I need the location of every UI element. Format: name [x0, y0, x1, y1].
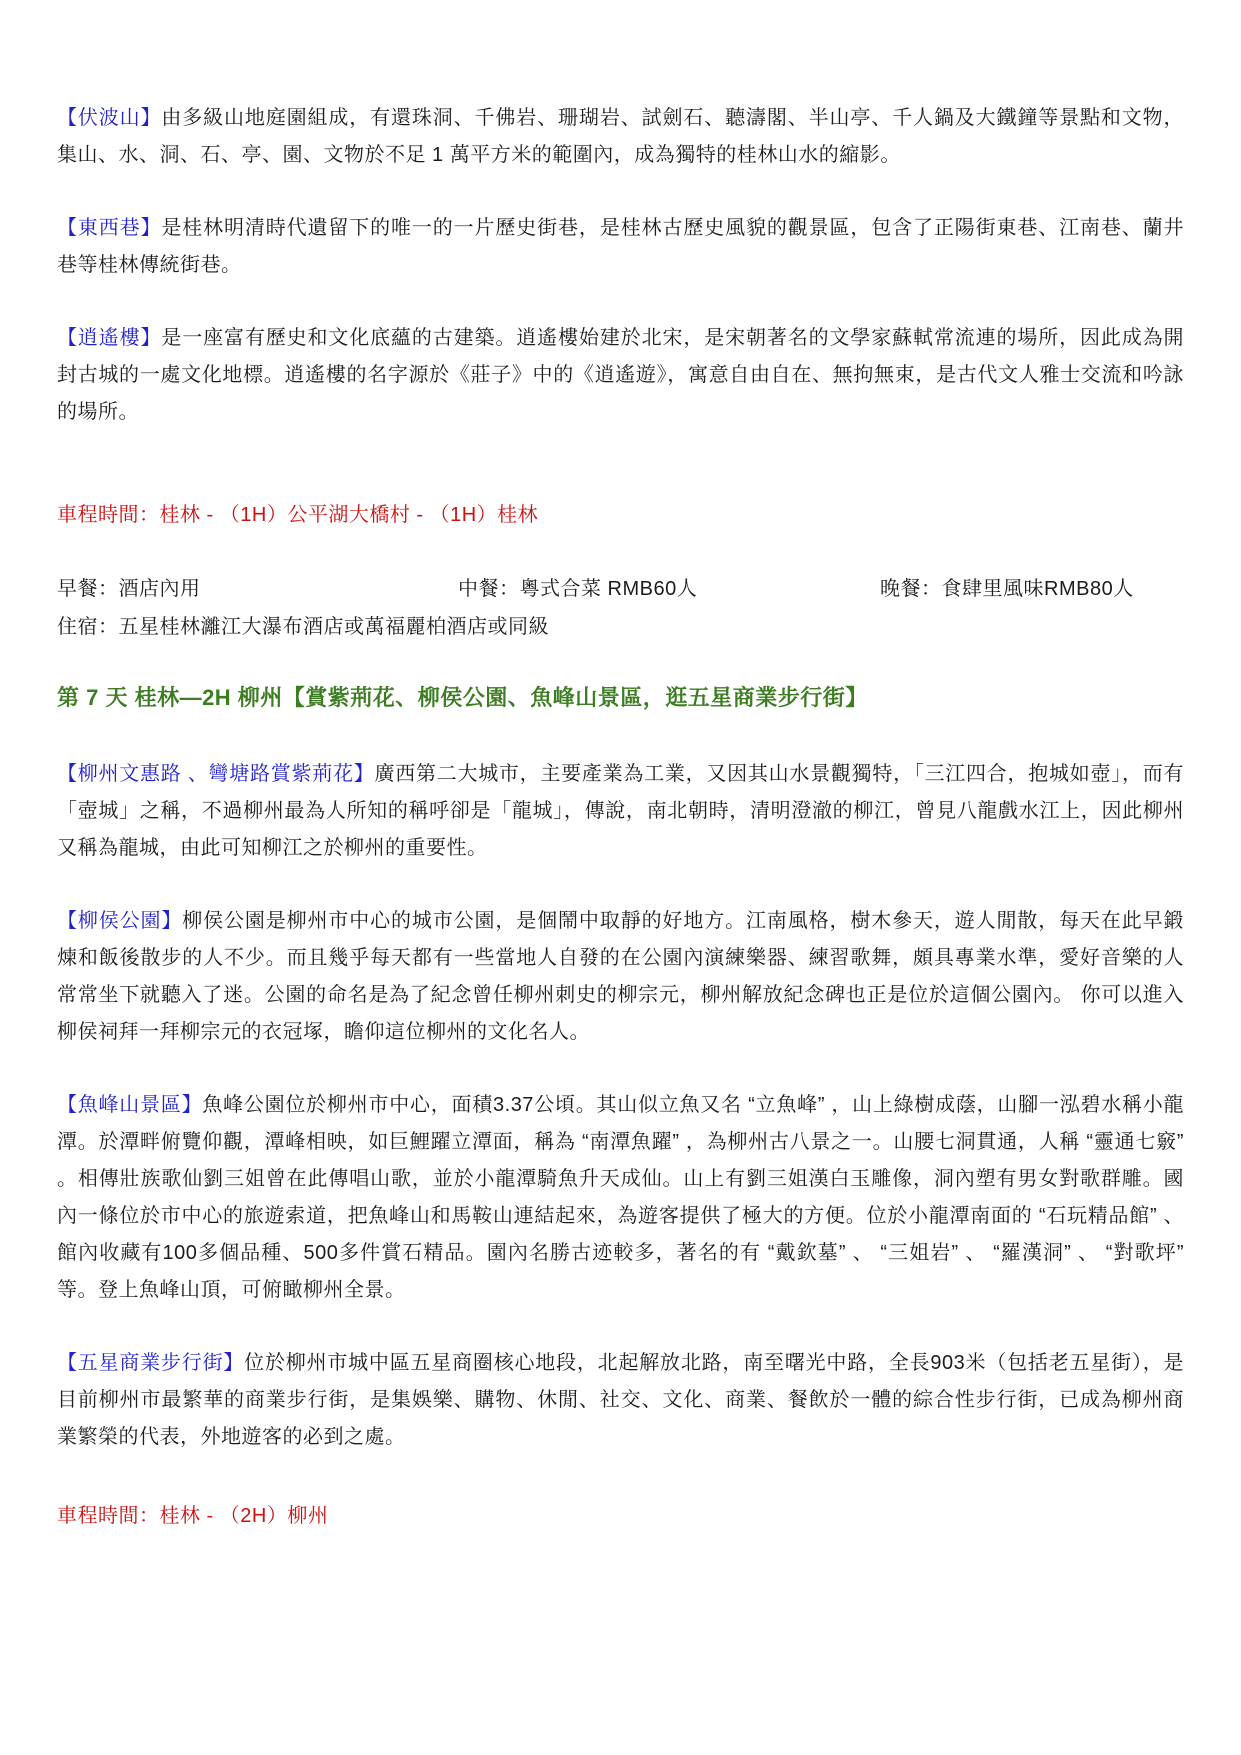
paragraph-liuzhou-flowers: 【柳州文惠路 、彎塘路賞紫荊花】廣西第二大城市，主要產業為工業，又因其山水景觀獨…: [57, 756, 1184, 867]
attraction-text-dongxi-lane: 是桂林明清時代遺留下的唯一的一片歷史街巷，是桂林古歷史風貌的觀景區，包含了正陽街…: [57, 217, 1184, 276]
attraction-label-xiaoyao-tower: 【逍遙樓】: [57, 327, 161, 349]
meals-block-day6: 早餐：酒店內用 中餐：粵式合菜 RMB60人 晚餐：食肆里風味RMB80人 住宿…: [57, 570, 1184, 646]
attraction-label-liuzhou-flowers: 【柳州文惠路 、彎塘路賞紫荊花】: [57, 763, 374, 785]
drive-time-day7: 車程時間：桂林 - （2H）柳州: [57, 1498, 1184, 1535]
meals-row: 早餐：酒店內用 中餐：粵式合菜 RMB60人 晚餐：食肆里風味RMB80人: [57, 570, 1184, 608]
attraction-text-yufeng-mountain: 魚峰公園位於柳州市中心，面積3.37公頃。其山似立魚又名 “立魚峰” ，山上綠樹…: [57, 1094, 1184, 1301]
breakfast-info: 早餐：酒店內用: [57, 570, 458, 608]
attraction-text-fubo-shan: 由多級山地庭園組成，有還珠洞、千佛岩、珊瑚岩、試劍石、聽濤閣、半山亭、千人鍋及大…: [57, 107, 1184, 166]
attraction-label-dongxi-lane: 【東西巷】: [57, 217, 161, 239]
attraction-label-liuhou-park: 【柳侯公園】: [57, 910, 182, 932]
attraction-label-yufeng-mountain: 【魚峰山景區】: [57, 1094, 202, 1116]
attraction-text-xiaoyao-tower: 是一座富有歷史和文化底蘊的古建築。逍遙樓始建於北宋，是宋朝著名的文學家蘇軾常流連…: [57, 327, 1184, 423]
hotel-info: 住宿：五星桂林灕江大瀑布酒店或萬福麗柏酒店或同級: [57, 608, 1184, 646]
attraction-text-liuhou-park: 柳侯公園是柳州市中心的城市公園，是個鬧中取靜的好地方。江南風格，樹木參天，遊人閒…: [57, 910, 1184, 1043]
day7-heading: 第 7 天 桂林—2H 柳州【賞紫荊花、柳侯公園、魚峰山景區，逛五星商業步行街】: [57, 682, 1184, 714]
paragraph-wuxing-street: 【五星商業步行街】位於柳州市城中區五星商圈核心地段，北起解放北路，南至曙光中路，…: [57, 1345, 1184, 1456]
paragraph-fubo-shan: 【伏波山】由多級山地庭園組成，有還珠洞、千佛岩、珊瑚岩、試劍石、聽濤閣、半山亭、…: [57, 100, 1184, 174]
paragraph-dongxi-lane: 【東西巷】是桂林明清時代遺留下的唯一的一片歷史街巷，是桂林古歷史風貌的觀景區，包…: [57, 210, 1184, 284]
paragraph-xiaoyao-tower: 【逍遙樓】是一座富有歷史和文化底蘊的古建築。逍遙樓始建於北宋，是宋朝著名的文學家…: [57, 320, 1184, 431]
drive-time-day6: 車程時間：桂林 - （1H）公平湖大橋村 - （1H）桂林: [57, 497, 1184, 534]
paragraph-liuhou-park: 【柳侯公園】柳侯公園是柳州市中心的城市公園，是個鬧中取靜的好地方。江南風格，樹木…: [57, 903, 1184, 1051]
attraction-label-wuxing-street: 【五星商業步行街】: [57, 1352, 244, 1374]
attraction-label-fubo-shan: 【伏波山】: [57, 107, 161, 129]
dinner-info: 晚餐：食肆里風味RMB80人: [880, 570, 1184, 608]
paragraph-yufeng-mountain: 【魚峰山景區】魚峰公園位於柳州市中心，面積3.37公頃。其山似立魚又名 “立魚峰…: [57, 1087, 1184, 1309]
itinerary-page: 【伏波山】由多級山地庭園組成，有還珠洞、千佛岩、珊瑚岩、試劍石、聽濤閣、半山亭、…: [0, 0, 1241, 1535]
lunch-info: 中餐：粵式合菜 RMB60人: [458, 570, 880, 608]
